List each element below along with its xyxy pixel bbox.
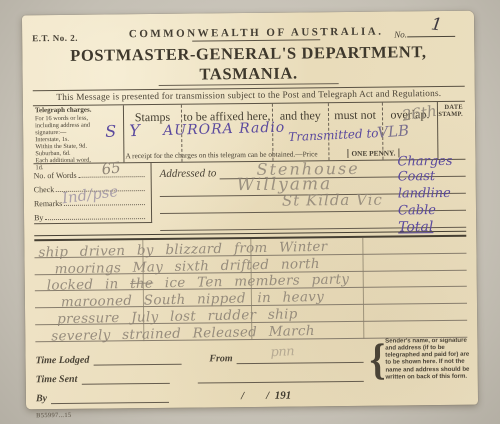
- by-label: By: [34, 213, 43, 222]
- handwritten-ship-name: AURORA Radio: [163, 120, 286, 139]
- coast-word: Coast: [398, 169, 436, 184]
- date-191-placeholder: / / 191: [241, 389, 291, 402]
- charges-word: Charges: [397, 154, 452, 170]
- form-code: E.T. No. 2.: [32, 32, 118, 43]
- total-word: Total: [398, 219, 433, 235]
- cable-word: Cable: [398, 203, 436, 218]
- from-label: From: [209, 353, 236, 364]
- handwritten-word-count: 65: [100, 158, 121, 178]
- handwritten-telegram-number: 1: [430, 14, 443, 35]
- no-underline: [407, 36, 455, 38]
- printer-imprint: B55997...15: [36, 408, 468, 420]
- form-header: E.T. No. 2. COMMONWEALTH OF AUSTRALIA. N…: [32, 20, 464, 44]
- landline-word: landline: [398, 186, 451, 202]
- addressed-to-label: Addressed to: [160, 167, 220, 180]
- telegram-number-field: No. 1: [394, 29, 464, 40]
- time-lodged-label: Time Lodged: [36, 354, 94, 366]
- sender-note: { Sender's name, or signature and addres…: [369, 336, 469, 381]
- country-heading: COMMONWEALTH OF AUSTRALIA.: [118, 25, 394, 42]
- brace-glyph: {: [369, 335, 385, 384]
- no-label: No.: [394, 29, 407, 39]
- check-label: Check: [34, 185, 55, 194]
- message-grid: ship driven by blizzard from Winter moor…: [34, 237, 467, 342]
- telegram-form-card: E.T. No. 2. COMMONWEALTH OF AUSTRALIA. N…: [22, 11, 478, 410]
- one-penny-label: ONE PENNY.: [347, 148, 399, 158]
- by-footer-label: By: [36, 393, 51, 404]
- department-title: POSTMASTER-GENERAL'S DEPARTMENT, TASMANI…: [32, 42, 464, 88]
- no-of-words-label: No. of Words: [34, 171, 77, 180]
- form-footer: Time Lodged From Time Sent By / / 191 pn…: [35, 343, 468, 420]
- address-section: No. of Words Check Remarks By 65 Ind/pse…: [34, 160, 467, 235]
- remarks-label: Remarks: [34, 199, 63, 208]
- handwritten-address-line3: St Kilda Vic: [282, 191, 383, 210]
- handwritten-from-scribble: pnn: [270, 344, 294, 360]
- handwritten-ship-prefix: S Y: [105, 121, 144, 141]
- words-check-box: No. of Words Check Remarks By 65 Ind/pse: [34, 163, 153, 224]
- time-sent-label: Time Sent: [36, 374, 82, 385]
- date-stamp-label: DATE STAMP.: [438, 102, 465, 159]
